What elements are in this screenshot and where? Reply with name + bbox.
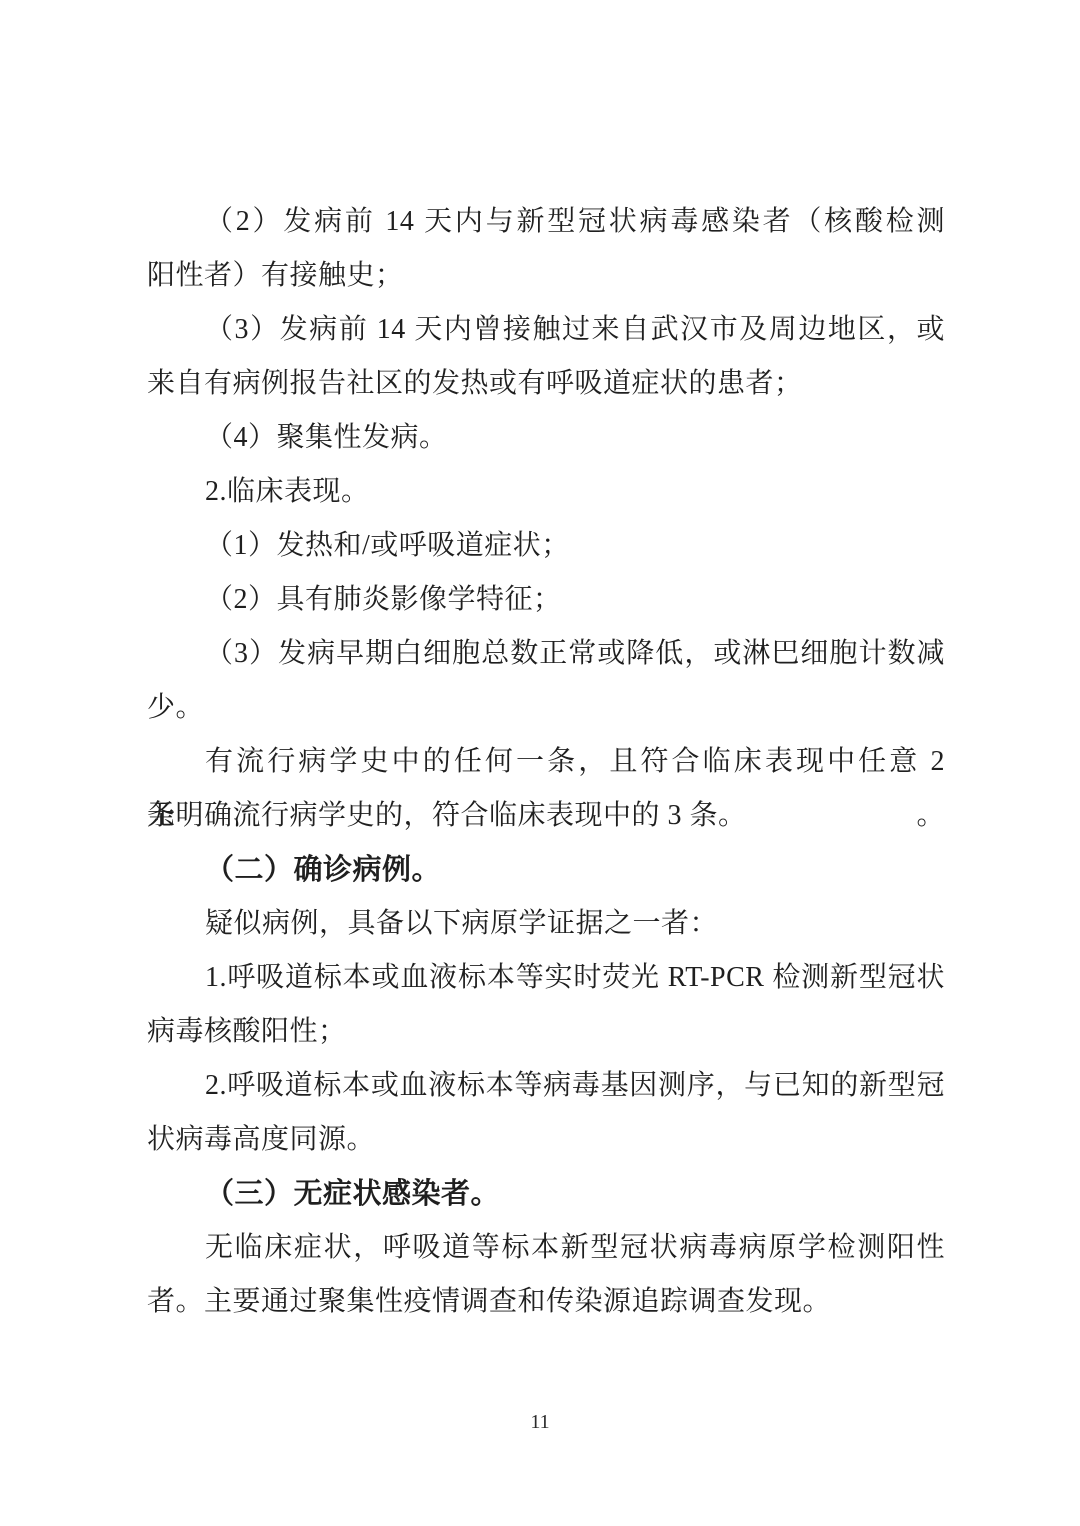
text-line: 来自有病例报告社区的发热或有呼吸道症状的患者； [147,357,945,411]
text-line: 疑似病例，具备以下病原学证据之一者： [147,897,945,951]
text-line: 病毒核酸阳性； [147,1005,945,1059]
document-body: （2）发病前 14 天内与新型冠状病毒感染者（核酸检测 阳性者）有接触史； （3… [147,195,945,1329]
section-heading-confirmed-case: （二）确诊病例。 [147,843,945,897]
text-line: （1）发热和/或呼吸道症状； [147,519,945,573]
text-line: 阳性者）有接触史； [147,249,945,303]
text-line: 2.临床表现。 [147,465,945,519]
text-line: 者。主要通过聚集性疫情调查和传染源追踪调查发现。 [147,1275,945,1329]
text-line: 2.呼吸道标本或血液标本等病毒基因测序，与已知的新型冠 [147,1059,945,1113]
text-line: 有流行病学史中的任何一条，且符合临床表现中任意 2 条。 [147,735,945,789]
text-line: 1.呼吸道标本或血液标本等实时荧光 RT-PCR 检测新型冠状 [147,951,945,1005]
document-page: （2）发病前 14 天内与新型冠状病毒感染者（核酸检测 阳性者）有接触史； （3… [0,0,1080,1526]
page-number: 11 [0,1405,1080,1439]
text-line: 状病毒高度同源。 [147,1113,945,1167]
section-heading-asymptomatic: （三）无症状感染者。 [147,1167,945,1221]
text-line: 少。 [147,681,945,735]
text-line: （2）发病前 14 天内与新型冠状病毒感染者（核酸检测 [147,195,945,249]
text-line: （3）发病前 14 天内曾接触过来自武汉市及周边地区，或 [147,303,945,357]
text-line: （4）聚集性发病。 [147,411,945,465]
text-line: （3）发病早期白细胞总数正常或降低，或淋巴细胞计数减 [147,627,945,681]
text-line: 无临床症状，呼吸道等标本新型冠状病毒病原学检测阳性 [147,1221,945,1275]
text-line: （2）具有肺炎影像学特征； [147,573,945,627]
